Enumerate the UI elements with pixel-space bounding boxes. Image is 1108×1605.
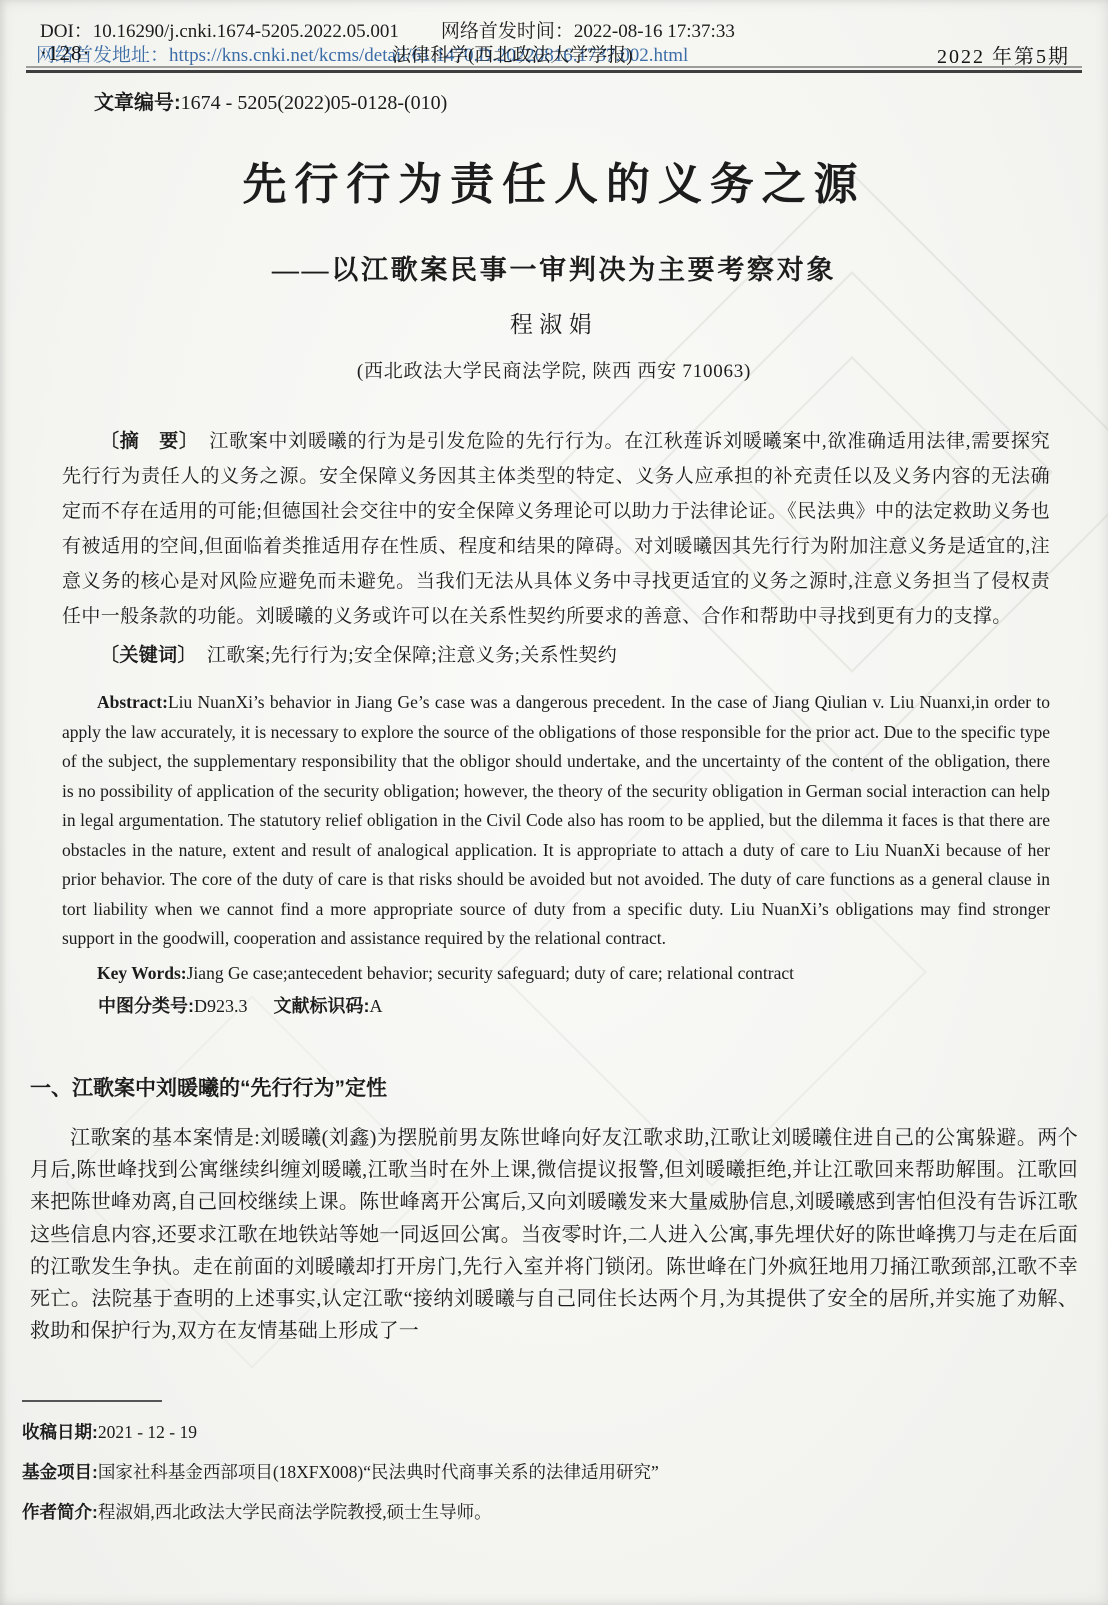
bio-line: 作者简介:程淑娟,西北政法大学民商法学院教授,硕士生导师。 bbox=[22, 1492, 1068, 1532]
abstract-cn-text: 江歌案中刘暖曦的行为是引发危险的先行行为。在江秋莲诉刘暖曦案中,欲准确适用法律,… bbox=[62, 431, 1050, 627]
author-affiliation: (西北政法大学民商法学院, 陕西 西安 710063) bbox=[0, 356, 1108, 383]
fund-line: 基金项目:国家社科基金西部项目(18XFX008)“民法典时代商事关系的法律适用… bbox=[22, 1452, 1068, 1492]
header-line2: 网络首发地址：https://kns.cnki.net/kcms/detail/… bbox=[0, 40, 1108, 66]
fund-label: 基金项目: bbox=[22, 1462, 98, 1482]
abstract-en-label: Abstract: bbox=[97, 692, 168, 712]
abstract-en: Abstract:Liu NuanXi’s behavior in Jiang … bbox=[62, 688, 1050, 954]
body-paragraph: 江歌案的基本案情是:刘暖曦(刘鑫)为摆脱前男友陈世峰向好友江歌求助,江歌让刘暖曦… bbox=[30, 1122, 1078, 1347]
journal-name: 法律科学(西北政法大学学报) bbox=[392, 40, 633, 67]
clc-label: 中图分类号: bbox=[98, 996, 194, 1016]
clc-line: 中图分类号:D923.3文献标识码:A bbox=[62, 990, 1050, 1022]
abstract-cn-label: 〔摘 要〕 bbox=[100, 431, 199, 452]
abstract-block: 〔摘 要〕江歌案中刘暖曦的行为是引发危险的先行行为。在江秋莲诉刘暖曦案中,欲准确… bbox=[62, 424, 1050, 1022]
header-rule-thick bbox=[26, 70, 1082, 73]
received-date-label: 收稿日期: bbox=[22, 1422, 98, 1442]
fund-value: 国家社科基金西部项目(18XFX008)“民法典时代商事关系的法律适用研究” bbox=[98, 1462, 659, 1482]
bio-label: 作者简介: bbox=[22, 1502, 98, 1522]
abstract-en-text: Liu NuanXi’s behavior in Jiang Ge’s case… bbox=[62, 692, 1050, 948]
clc-value: D923.3 bbox=[194, 996, 248, 1016]
doc-type-value: A bbox=[370, 996, 383, 1016]
section-heading: 一、江歌案中刘暖曦的“先行行为”定性 bbox=[30, 1072, 1078, 1102]
abstract-cn: 〔摘 要〕江歌案中刘暖曦的行为是引发危险的先行行为。在江秋莲诉刘暖曦案中,欲准确… bbox=[62, 424, 1050, 634]
keywords-en-text: Jiang Ge case;antecedent behavior; secur… bbox=[187, 963, 794, 983]
header-line1: DOI：10.16290/j.cnki.1674-5205.2022.05.00… bbox=[40, 16, 1068, 43]
author-name: 程淑娟 bbox=[0, 306, 1108, 339]
footnote-separator bbox=[22, 1400, 162, 1402]
paper-subtitle: ——以江歌案民事一审判决为主要考察对象 bbox=[0, 248, 1108, 287]
online-time-text: 网络首发时间：2022-08-16 17:37:33 bbox=[441, 21, 735, 42]
article-number: 文章编号:1674 - 5205(2022)05-0128-(010) bbox=[94, 86, 447, 115]
doi-text: DOI：10.16290/j.cnki.1674-5205.2022.05.00… bbox=[40, 21, 399, 42]
article-number-value: 1674 - 5205(2022)05-0128-(010) bbox=[181, 92, 448, 114]
keywords-en: Key Words:Jiang Ge case;antecedent behav… bbox=[62, 958, 1050, 988]
received-date-line: 收稿日期:2021 - 12 - 19 bbox=[22, 1412, 1068, 1452]
section-1: 一、江歌案中刘暖曦的“先行行为”定性 江歌案的基本案情是:刘暖曦(刘鑫)为摆脱前… bbox=[30, 1072, 1078, 1347]
paper-page: DOI：10.16290/j.cnki.1674-5205.2022.05.00… bbox=[0, 0, 1108, 1605]
article-number-label: 文章编号: bbox=[94, 92, 181, 114]
paper-title: 先行行为责任人的义务之源 bbox=[0, 148, 1108, 212]
issue-label: 2022 年第5期 bbox=[937, 40, 1070, 69]
received-date-value: 2021 - 12 - 19 bbox=[98, 1422, 197, 1442]
keywords-cn: 〔关键词〕江歌案;先行行为;安全保障;注意义务;关系性契约 bbox=[62, 638, 1050, 674]
footnotes: 收稿日期:2021 - 12 - 19 基金项目:国家社科基金西部项目(18XF… bbox=[22, 1412, 1068, 1532]
doc-type-label: 文献标识码: bbox=[274, 996, 370, 1016]
keywords-en-label: Key Words: bbox=[97, 963, 187, 983]
bio-value: 程淑娟,西北政法大学民商法学院教授,硕士生导师。 bbox=[98, 1502, 492, 1522]
keywords-cn-label: 〔关键词〕 bbox=[100, 645, 197, 666]
page-number: ·128· bbox=[40, 41, 91, 66]
keywords-cn-text: 江歌案;先行行为;安全保障;注意义务;关系性契约 bbox=[207, 645, 617, 666]
